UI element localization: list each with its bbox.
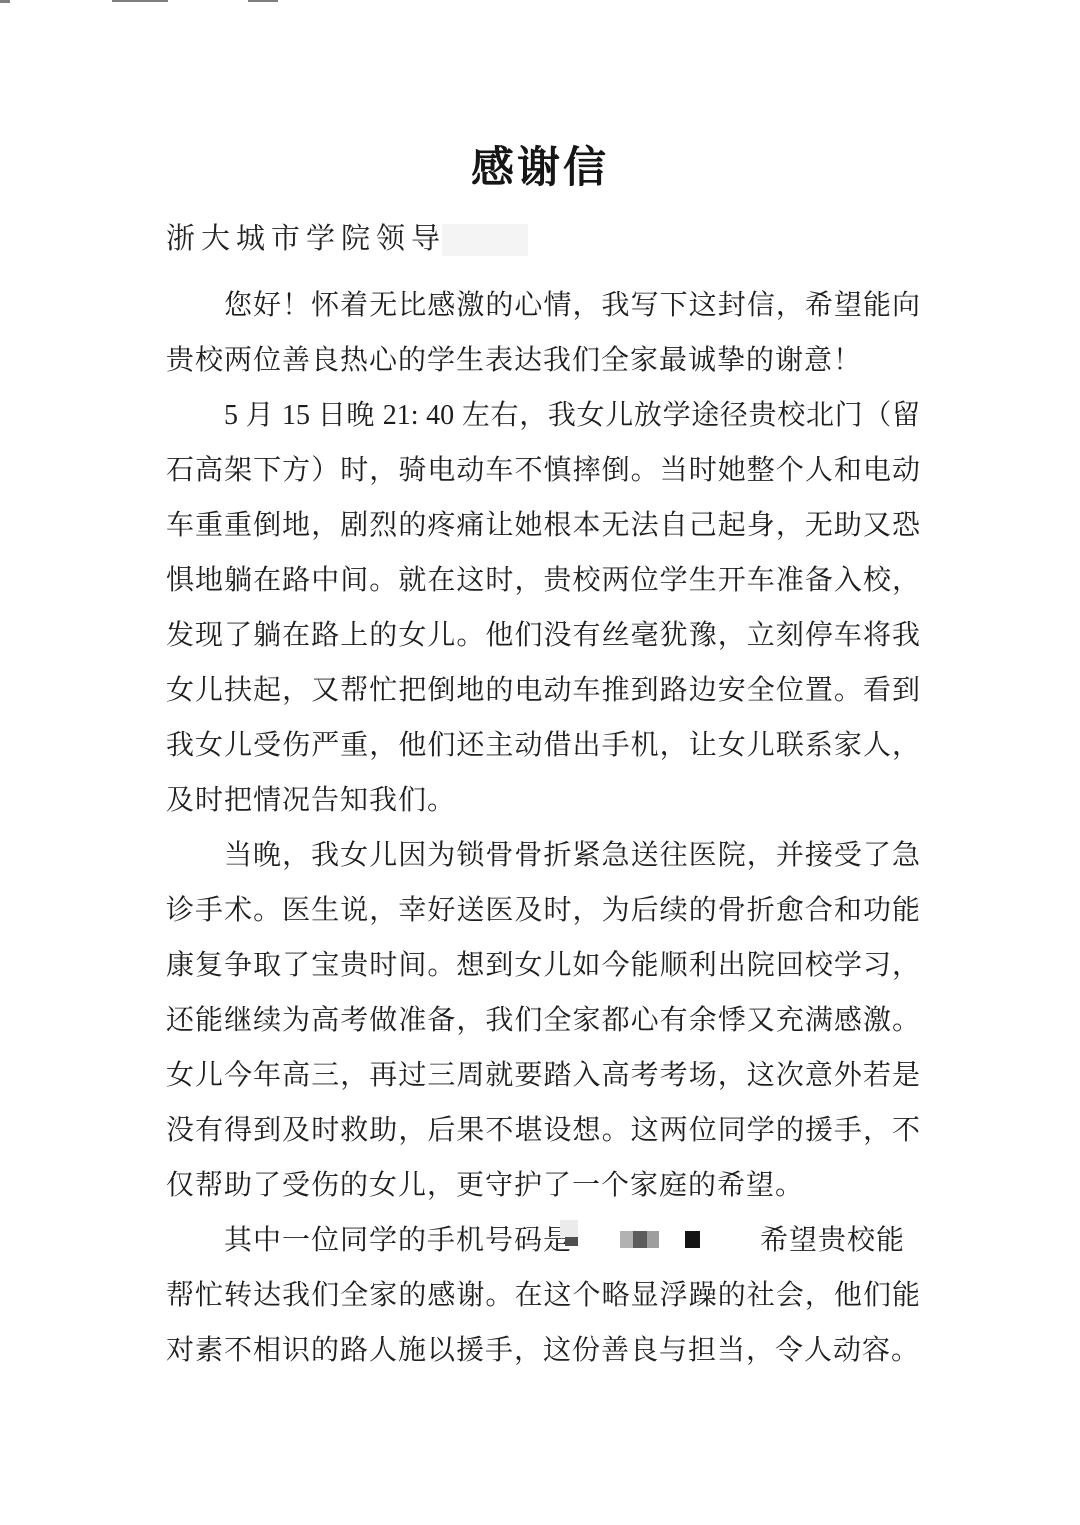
letter-line: 仅帮助了受伤的女儿，更守护了一个家庭的希望。 <box>166 1158 920 1213</box>
redaction-mosaic-block <box>565 1237 578 1246</box>
phone-line-text-before: 其中一位同学的手机号码 <box>224 1213 543 1268</box>
partially-covered-char: 是 <box>543 1213 572 1268</box>
phone-number-line: 其中一位同学的手机号码是希望贵校能 <box>166 1213 920 1268</box>
letter-line: 康复争取了宝贵时间。想到女儿如今能顺利出院回校学习， <box>166 938 920 993</box>
salutation-redaction-smudge <box>442 224 528 256</box>
redaction-gap <box>659 1240 685 1241</box>
phone-line-text-after: 希望贵校能 <box>760 1213 905 1268</box>
letter-line: 女儿今年高三，再过三周就要踏入高考考场，这次意外若是 <box>166 1048 920 1103</box>
letter-line: 及时把情况告知我们。 <box>166 773 920 828</box>
letter-line: 帮忙转达我们全家的感谢。在这个略显浮躁的社会，他们能 <box>166 1268 920 1323</box>
scan-artifact <box>112 0 168 2</box>
letter-line: 您好！怀着无比感激的心情，我写下这封信，希望能向 <box>166 278 920 333</box>
letter-salutation: 浙大城市学院领导: <box>166 214 926 264</box>
letter-line: 对素不相识的路人施以援手，这份善良与担当，令人动容。 <box>166 1323 920 1378</box>
letter-line: 没有得到及时救助，后果不堪设想。这两位同学的援手，不 <box>166 1103 920 1158</box>
scanned-letter-page: 感谢信 浙大城市学院领导: 您好！怀着无比感激的心情，我写下这封信，希望能向 贵… <box>0 0 1080 1525</box>
letter-title: 感谢信 <box>0 140 1080 198</box>
letter-line: 诊手术。医生说，幸好送医及时，为后续的骨折愈合和功能 <box>166 883 920 938</box>
scan-artifact <box>0 0 10 3</box>
scan-artifact <box>248 0 278 2</box>
letter-line: 我女儿受伤严重，他们还主动借出手机，让女儿联系家人， <box>166 718 920 773</box>
letter-line: 贵校两位善良热心的学生表达我们全家最诚挚的谢意！ <box>166 333 920 388</box>
redaction-gap <box>572 1240 620 1241</box>
letter-line: 还能继续为高考做准备，我们全家都心有余悸又充满感激。 <box>166 993 920 1048</box>
letter-line: 石高架下方）时，骑电动车不慎摔倒。当时她整个人和电动 <box>166 443 920 498</box>
redaction-black-block <box>685 1231 700 1248</box>
redaction-mosaic-block <box>620 1231 633 1248</box>
letter-line: 车重重倒地，剧烈的疼痛让她根本无法自己起身，无助又恐 <box>166 498 920 553</box>
redaction-gap <box>700 1240 760 1241</box>
letter-line: 发现了躺在路上的女儿。他们没有丝毫犹豫，立刻停车将我 <box>166 608 920 663</box>
letter-line: 5 月 15 日晚 21: 40 左右，我女儿放学途径贵校北门（留 <box>166 388 920 443</box>
letter-line: 惧地躺在路中间。就在这时，贵校两位学生开车准备入校， <box>166 553 920 608</box>
redaction-mosaic-block <box>633 1231 647 1248</box>
redaction-mosaic-block <box>647 1231 659 1248</box>
letter-line: 当晚，我女儿因为锁骨骨折紧急送往医院，并接受了急 <box>166 828 920 883</box>
letter-line: 女儿扶起，又帮忙把倒地的电动车推到路边安全位置。看到 <box>166 663 920 718</box>
letter-body: 您好！怀着无比感激的心情，我写下这封信，希望能向 贵校两位善良热心的学生表达我们… <box>166 278 920 1378</box>
redaction-mosaic-block <box>560 1220 578 1237</box>
